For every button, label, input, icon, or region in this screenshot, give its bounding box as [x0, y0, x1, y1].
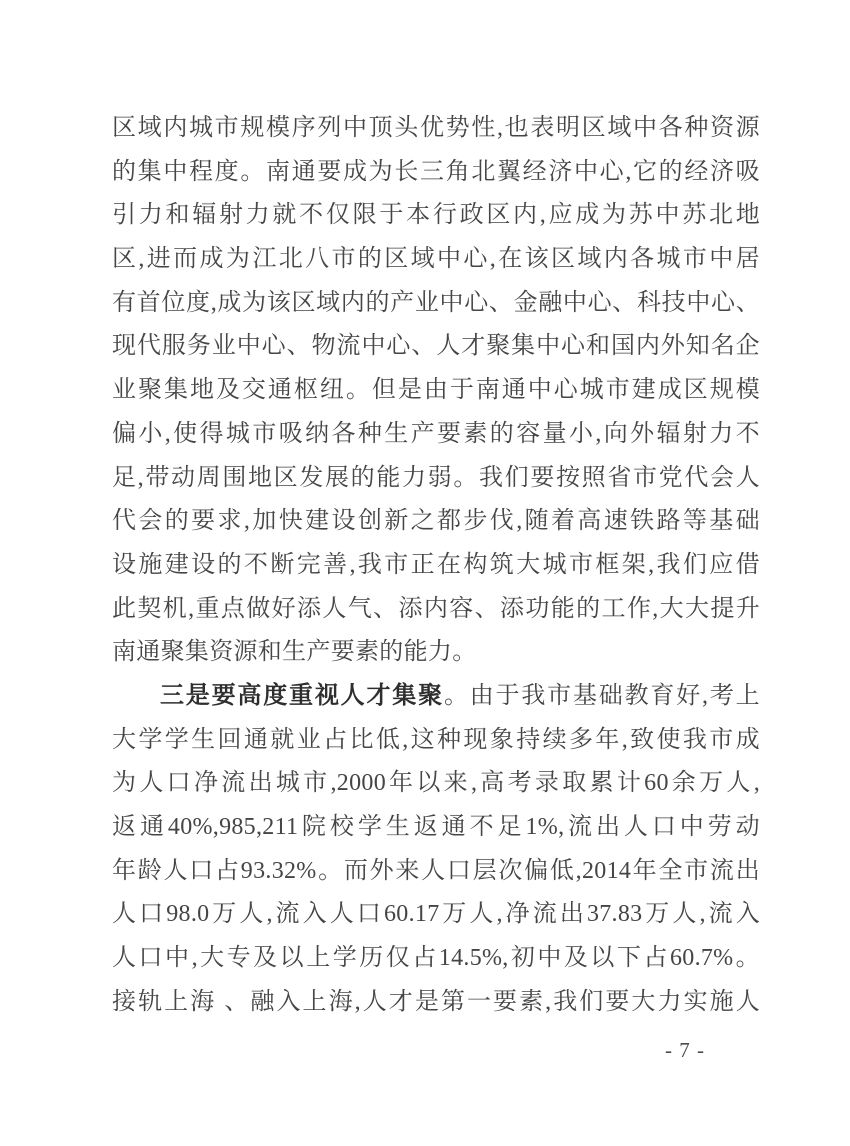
- text-line: 年龄人口占93.32%。而外来人口层次偏低,2014年全市流出: [112, 850, 760, 894]
- page-number: - 7 -: [645, 1038, 725, 1063]
- text-line: 为人口净流出城市,2000年以来,高考录取累计60余万人,: [112, 762, 760, 806]
- text-line: 大学学生回通就业占比低,这种现象持续多年,致使我市成: [112, 719, 760, 763]
- text-line: 偏小,使得城市吸纳各种生产要素的容量小,向外辐射力不: [112, 413, 760, 457]
- text-line: 接轨上海 、融入上海,人才是第一要素,我们要大力实施人: [112, 981, 760, 1025]
- text-line: 区,进而成为江北八市的区域中心,在该区域内各城市中居: [112, 238, 760, 282]
- text-line: 足,带动周围地区发展的能力弱。我们要按照省市党代会人: [112, 457, 760, 501]
- text-line: 设施建设的不断完善,我市正在构筑大城市框架,我们应借: [112, 544, 760, 588]
- paragraph-end-line: 南通聚集资源和生产要素的能力。: [112, 631, 760, 675]
- text-line: 此契机,重点做好添人气、添内容、添功能的工作,大大提升: [112, 588, 760, 632]
- text-line: 人口中,大专及以上学历仅占14.5%,初中及以下占60.7%。: [112, 937, 760, 981]
- document-page: 区域内城市规模序列中顶头优势性,也表明区域中各种资源 的集中程度。南通要成为长三…: [0, 0, 850, 1146]
- text-line: 引力和辐射力就不仅限于本行政区内,应成为苏中苏北地: [112, 194, 760, 238]
- body-text-block: 区域内城市规模序列中顶头优势性,也表明区域中各种资源 的集中程度。南通要成为长三…: [112, 107, 760, 1024]
- paragraph-lead-line: 三是要高度重视人才集聚。由于我市基础教育好,考上: [112, 675, 760, 719]
- text-line: 区域内城市规模序列中顶头优势性,也表明区域中各种资源: [112, 107, 760, 151]
- text-line: 人口98.0万人,流入人口60.17万人,净流出37.83万人,流入: [112, 893, 760, 937]
- text-line: 返通40%,985,211院校学生返通不足1%,流出人口中劳动: [112, 806, 760, 850]
- section-heading-continuation: 。由于我市基础教育好,考上: [444, 683, 760, 709]
- text-line: 代会的要求,加快建设创新之都步伐,随着高速铁路等基础: [112, 500, 760, 544]
- text-line: 的集中程度。南通要成为长三角北翼经济中心,它的经济吸: [112, 151, 760, 195]
- section-heading: 三是要高度重视人才集聚: [160, 683, 444, 709]
- text-line: 业聚集地及交通枢纽。但是由于南通中心城市建成区规模: [112, 369, 760, 413]
- text-line: 有首位度,成为该区域内的产业中心、金融中心、科技中心、: [112, 282, 760, 326]
- text-line: 现代服务业中心、物流中心、人才聚集中心和国内外知名企: [112, 325, 760, 369]
